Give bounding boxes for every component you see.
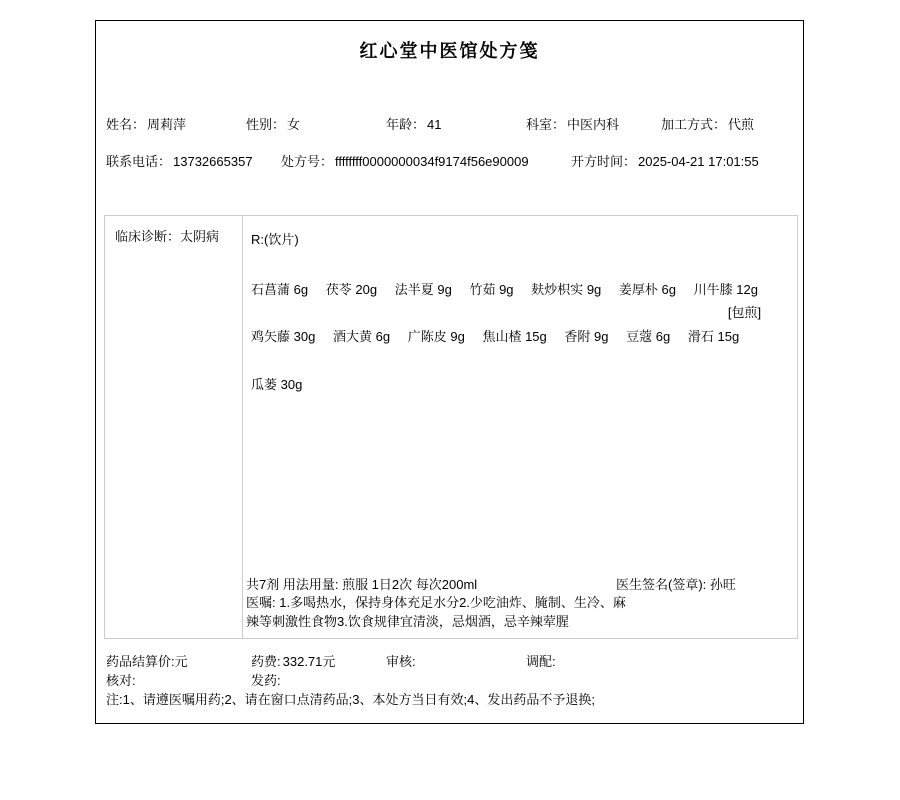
- herb-line-2: 鸡矢藤 30g 酒大黄 6g 广陈皮 9g 焦山楂 15g 香附 9g 豆蔻 6…: [251, 326, 753, 345]
- field-value: 332.71元: [283, 654, 336, 669]
- herb-name: 茯苓: [326, 282, 352, 297]
- field-department: 科室：中医内科: [526, 114, 619, 133]
- herb-item: 豆蔻 6g: [626, 326, 670, 345]
- field-value: 41: [427, 117, 441, 132]
- herb-name: 酒大黄: [333, 329, 372, 344]
- field-label: 年龄：: [386, 117, 425, 132]
- herb-item: 麸炒枳实 9g: [531, 279, 601, 298]
- field-label: 加工方式：: [661, 117, 726, 132]
- herb-item: 石菖蒲 6g: [251, 279, 308, 298]
- herb-dose: 6g: [656, 329, 670, 344]
- herb-line-1: 石菖蒲 6g 茯苓 20g 法半夏 9g 竹茹 9g 麸炒枳实 9g 姜厚朴 6…: [251, 279, 772, 298]
- field-prescribe-time: 开方时间：2025-04-21 17:01:55: [571, 151, 759, 170]
- field-label: 药品结算价:: [106, 654, 175, 669]
- field-settlement-price: 药品结算价:元: [106, 651, 188, 670]
- herb-item: 瓜蒌 30g: [251, 374, 302, 393]
- field-label: 联系电话：: [106, 154, 171, 169]
- field-label: 科室：: [526, 117, 565, 132]
- field-label: 处方号：: [281, 154, 333, 169]
- field-value: 中医内科: [567, 117, 619, 132]
- herb-name: 石菖蒲: [251, 282, 290, 297]
- field-label: 发药:: [251, 673, 281, 688]
- field-value: 周莉萍: [147, 117, 186, 132]
- herb-name: 川牛膝: [694, 282, 733, 297]
- herb-name: 香附: [564, 329, 590, 344]
- field-dispense-prepare: 调配:: [526, 651, 558, 670]
- field-medicine-fee: 药费:332.71元: [251, 651, 335, 670]
- clinic-title: 红心堂中医馆处方笺: [96, 37, 803, 63]
- herb-line-3: 瓜蒌 30g: [251, 374, 316, 393]
- herb-item: 茯苓 20g: [326, 279, 377, 298]
- herb-dose: 20g: [355, 282, 377, 297]
- field-value: 元: [175, 654, 188, 669]
- herb-item: 川牛膝 12g: [694, 279, 758, 298]
- field-age: 年龄：41: [386, 114, 441, 133]
- rx-box: 临床诊断：太阴病 R:(饮片) 石菖蒲 6g 茯苓 20g 法半夏 9g 竹茹 …: [104, 215, 798, 639]
- diagnosis-divider: [242, 216, 243, 638]
- herb-dose: 9g: [587, 282, 601, 297]
- herb-dose: 30g: [294, 329, 316, 344]
- field-value: 2025-04-21 17:01:55: [638, 154, 759, 169]
- field-label: 调配:: [526, 654, 556, 669]
- herb-name: 瓜蒌: [251, 377, 277, 392]
- herb-dose: 9g: [450, 329, 464, 344]
- field-dispense: 发药:: [251, 670, 283, 689]
- herb-dose: 15g: [525, 329, 547, 344]
- herb-dose: 9g: [499, 282, 513, 297]
- herb-item: 法半夏 9g: [395, 279, 452, 298]
- herb-name: 麸炒枳实: [531, 282, 583, 297]
- herb-dose: 6g: [376, 329, 390, 344]
- field-value: 13732665357: [173, 154, 253, 169]
- herb-name: 法半夏: [395, 282, 434, 297]
- baojian-decoction-note: [包煎]: [728, 302, 761, 321]
- herb-item: 姜厚朴 6g: [619, 279, 676, 298]
- diagnosis-value: 太阴病: [180, 229, 219, 244]
- field-label: 审核:: [386, 654, 416, 669]
- field-prescription-number: 处方号：ffffffff0000000034f9174f56e90009: [281, 151, 529, 170]
- doctor-signature: 医生签名(签章): 孙旺: [616, 574, 736, 593]
- herb-item: 酒大黄 6g: [333, 326, 390, 345]
- diagnosis-label: 临床诊断：: [115, 229, 180, 244]
- field-check: 核对:: [106, 670, 138, 689]
- herb-name: 姜厚朴: [619, 282, 658, 297]
- field-value: 代煎: [728, 117, 754, 132]
- herb-item: 鸡矢藤 30g: [251, 326, 315, 345]
- herb-name: 豆蔻: [626, 329, 652, 344]
- field-value: 女: [287, 117, 300, 132]
- herb-name: 广陈皮: [408, 329, 447, 344]
- field-phone: 联系电话：13732665357: [106, 151, 253, 170]
- herb-item: [包煎]滑石 15g: [688, 326, 739, 345]
- field-processing-method: 加工方式：代煎: [661, 114, 754, 133]
- herb-name: 焦山楂: [482, 329, 521, 344]
- herb-name: 竹茹: [469, 282, 495, 297]
- herb-dose: 6g: [662, 282, 676, 297]
- herb-dose: 9g: [437, 282, 451, 297]
- field-label: 姓名：: [106, 117, 145, 132]
- field-review: 审核:: [386, 651, 418, 670]
- herb-name: 滑石: [688, 329, 714, 344]
- herb-item: 竹茹 9g: [469, 279, 513, 298]
- doctor-signature-label: 医生签名(签章):: [616, 577, 706, 592]
- herb-dose: 9g: [594, 329, 608, 344]
- herb-dose: 6g: [294, 282, 308, 297]
- herb-dose: 15g: [718, 329, 740, 344]
- rx-header: R:(饮片): [251, 229, 299, 248]
- field-label: 开方时间：: [571, 154, 636, 169]
- field-value: ffffffff0000000034f9174f56e90009: [335, 154, 529, 169]
- herb-dose: 12g: [736, 282, 758, 297]
- field-patient-name: 姓名：周莉萍: [106, 114, 186, 133]
- clinical-diagnosis: 临床诊断：太阴病: [115, 226, 219, 245]
- field-gender: 性别：女: [246, 114, 300, 133]
- herb-item: 焦山楂 15g: [482, 326, 546, 345]
- prescription-sheet: 红心堂中医馆处方笺 姓名：周莉萍 性别：女 年龄：41 科室：中医内科 加工方式…: [95, 20, 804, 724]
- medical-advice: 医嘱: 1.多喝热水，保持身体充足水分2.少吃油炸、腌制、生冷、麻辣等刺激性食物…: [246, 593, 631, 631]
- field-label: 性别：: [246, 117, 285, 132]
- field-label: 核对:: [106, 673, 136, 688]
- footer-usage-note: 注:1、请遵医嘱用药;2、请在窗口点清药品;3、本处方当日有效;4、发出药品不予…: [106, 689, 595, 708]
- herb-item: 广陈皮 9g: [408, 326, 465, 345]
- page: 红心堂中医馆处方笺 姓名：周莉萍 性别：女 年龄：41 科室：中医内科 加工方式…: [0, 0, 900, 800]
- field-label: 药费:: [251, 654, 281, 669]
- herb-name: 鸡矢藤: [251, 329, 290, 344]
- herb-item: 香附 9g: [564, 326, 608, 345]
- doctor-name: 孙旺: [710, 577, 736, 592]
- herb-dose: 30g: [281, 377, 303, 392]
- usage-instructions: 共7剂 用法用量: 煎服 1日2次 每次200ml: [246, 574, 477, 593]
